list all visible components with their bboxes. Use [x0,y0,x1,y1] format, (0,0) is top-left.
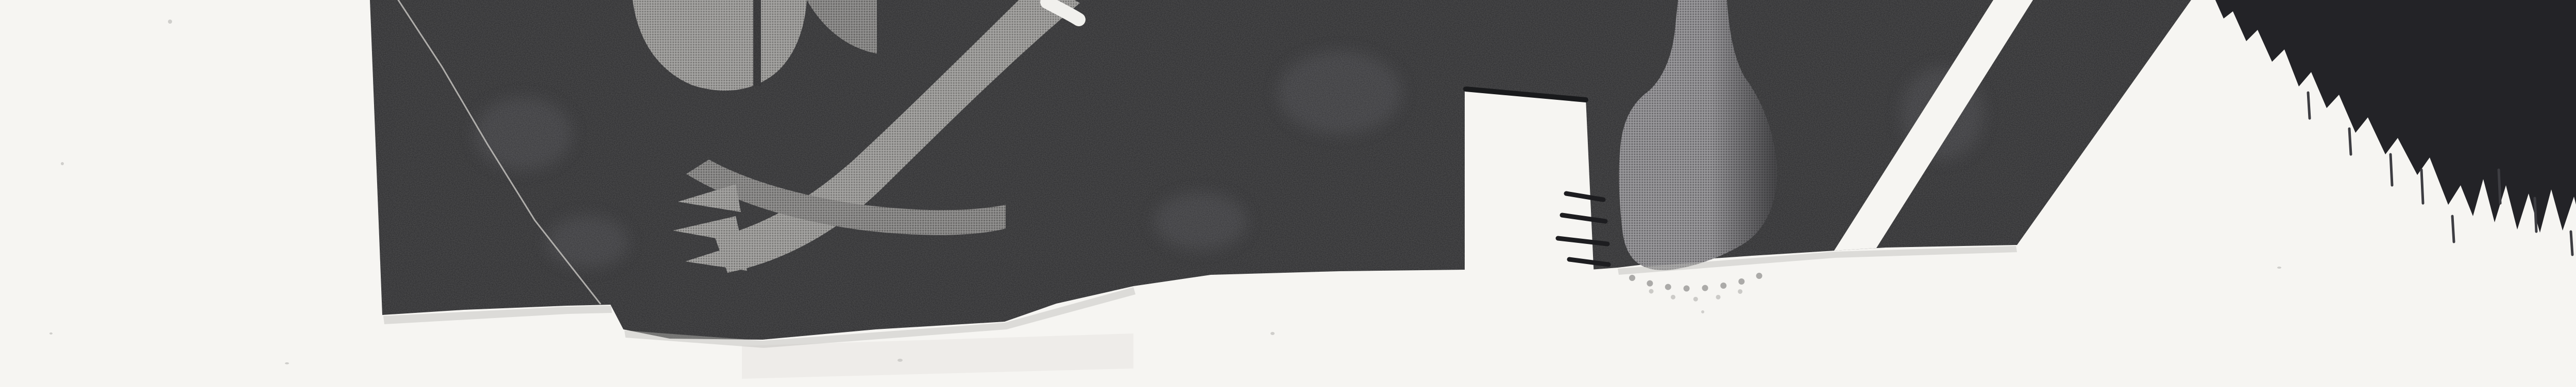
scanned-comic-page-strip [0,0,2576,387]
white-notch-gap [1465,86,1594,286]
artwork-canvas [0,0,2576,387]
